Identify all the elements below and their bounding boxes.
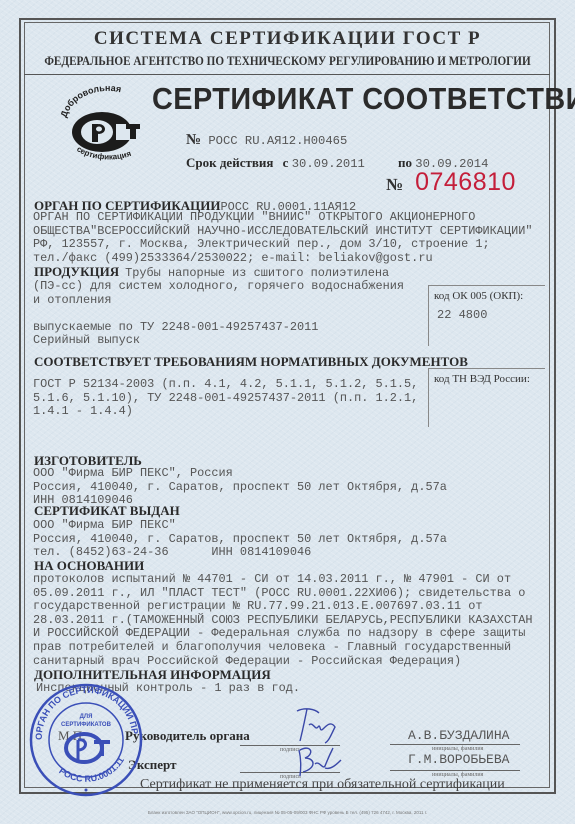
tnved-code-label: код ТН ВЭД России:	[429, 369, 545, 385]
conformity-line: 1.4.1 - 1.4.4)	[33, 405, 418, 419]
product-description: (ПЭ-сс) для систем холодного, горячего в…	[33, 280, 404, 348]
form-serial-number: 0746810	[415, 168, 516, 196]
product-line: и отопления	[33, 294, 404, 308]
svg-text:ДЛЯ: ДЛЯ	[80, 714, 93, 720]
basis-line: И РОССИЙСКОЙ ФЕДЕРАЦИИ - Федеральная слу…	[33, 627, 533, 641]
conformity-line: 5.1.6, 5.1.10), ТУ 2248-001-49257437-201…	[33, 392, 418, 406]
okp-code-value: 22 4800	[429, 302, 545, 322]
serial-sign: №	[386, 175, 403, 194]
head-handwritten-signature-icon	[285, 705, 345, 745]
product-line: выпускаемые по ТУ 2248-001-49257437-2011	[33, 321, 404, 335]
expert-handwritten-signature-icon	[285, 742, 345, 778]
product-line: (ПЭ-сс) для систем холодного, горячего в…	[33, 280, 404, 294]
svg-text:ОРГАН ПО СЕРТИФИКАЦИИ ПРОДУКЦИ: ОРГАН ПО СЕРТИФИКАЦИИ ПРОДУКЦИИ "ВНИИС"	[28, 682, 140, 740]
rst-logo-icon: Добровольная сертификация	[52, 86, 164, 164]
expert-name: Г.М.ВОРОБЬЕВА	[408, 752, 509, 767]
certification-body-line: ОРГАН ПО СЕРТИФИКАЦИИ ПРОДУКЦИИ "ВНИИС" …	[33, 211, 533, 225]
basis-details: протоколов испытаний № 44701 - СИ от 14.…	[33, 573, 533, 668]
conformity-line: ГОСТ Р 52134-2003 (п.п. 4.1, 4.2, 5.1.1,…	[33, 378, 418, 392]
basis-line: протоколов испытаний № 44701 - СИ от 14.…	[33, 573, 533, 587]
basis-line: прав потребителей и благополучия человек…	[33, 641, 533, 655]
issued-to-label: СЕРТИФИКАТ ВЫДАН	[34, 503, 180, 519]
product-first-line: Трубы напорные из сшитого полиэтилена	[125, 266, 389, 280]
manufacturer-line: ООО "Фирма БИР ПЕКС", Россия	[33, 467, 447, 481]
form-serial-line: № 0746810	[386, 168, 516, 197]
validity-from-line: Срок действия с 30.09.2011	[186, 155, 365, 171]
validity-label: Срок действия	[186, 155, 273, 170]
manufacturer-details: ООО "Фирма БИР ПЕКС", Россия Россия, 410…	[33, 467, 447, 508]
certification-body-line: ОБЩЕСТВА"ВСЕРОССИЙСКИЙ НАУЧНО-ИССЛЕДОВАТ…	[33, 225, 533, 239]
number-sign: №	[186, 132, 201, 148]
agency-name: ФЕДЕРАЛЬНОЕ АГЕНТСТВО ПО ТЕХНИЧЕСКОМУ РЕ…	[40, 53, 535, 69]
certificate-title: СЕРТИФИКАТ СООТВЕТСТВИЯ	[152, 81, 575, 117]
valid-from-date: 30.09.2011	[292, 157, 365, 171]
conformity-label: СООТВЕТСТВУЕТ ТРЕБОВАНИЯМ НОРМАТИВНЫХ ДО…	[34, 354, 468, 370]
certification-body-details: ОРГАН ПО СЕРТИФИКАЦИИ ПРОДУКЦИИ "ВНИИС" …	[33, 211, 533, 265]
head-name: А.В.БУЗДАЛИНА	[408, 728, 509, 743]
issued-to-line: Россия, 410040, г. Саратов, проспект 50 …	[33, 533, 447, 547]
head-name-line	[390, 744, 520, 745]
certificate-number: РОСС RU.АЯ12.Н00465	[208, 134, 347, 148]
product-spacer	[33, 307, 404, 321]
product-label: ПРОДУКЦИЯ	[34, 264, 119, 279]
expert-name-line	[390, 770, 520, 771]
tnved-code-value	[429, 385, 545, 391]
manufacturer-line: Россия, 410040, г. Саратов, проспект 50 …	[33, 481, 447, 495]
tnved-code-box: код ТН ВЭД России:	[428, 368, 545, 427]
okp-code-box: код ОК 005 (ОКП): 22 4800	[428, 285, 545, 346]
certificate-number-line: № РОСС RU.АЯ12.Н00465	[186, 132, 347, 149]
basis-line: государственной регистрации № RU.77.99.2…	[33, 600, 533, 614]
conformity-documents: ГОСТ Р 52134-2003 (п.п. 4.1, 4.2, 5.1.1,…	[33, 378, 418, 419]
certification-seal-icon: ОРГАН ПО СЕРТИФИКАЦИИ ПРОДУКЦИИ "ВНИИС" …	[28, 682, 144, 798]
okp-code-label: код ОК 005 (ОКП):	[429, 286, 545, 302]
certification-body-line: РФ, 123557, г. Москва, Электрический пер…	[33, 238, 533, 252]
disclaimer: Сертификат не применяется при обязательн…	[140, 777, 505, 793]
product-line: Серийный выпуск	[33, 334, 404, 348]
system-title: СИСТЕМА СЕРТИФИКАЦИИ ГОСТ Р	[0, 28, 575, 50]
header-divider	[24, 74, 550, 75]
from-label: с	[283, 155, 289, 170]
printer-note: Бланк изготовлен ЗАО "ОПЦИОН", www.opcio…	[0, 810, 575, 815]
basis-line: 05.09.2011 г., ИЛ "ПЛАСТ ТЕСТ" (РОСС RU.…	[33, 587, 533, 601]
svg-text:СЕРТИФИКАТОВ: СЕРТИФИКАТОВ	[61, 722, 112, 728]
issued-to-details: ООО "Фирма БИР ПЕКС" Россия, 410040, г. …	[33, 519, 447, 560]
issued-to-line: ООО "Фирма БИР ПЕКС"	[33, 519, 447, 533]
